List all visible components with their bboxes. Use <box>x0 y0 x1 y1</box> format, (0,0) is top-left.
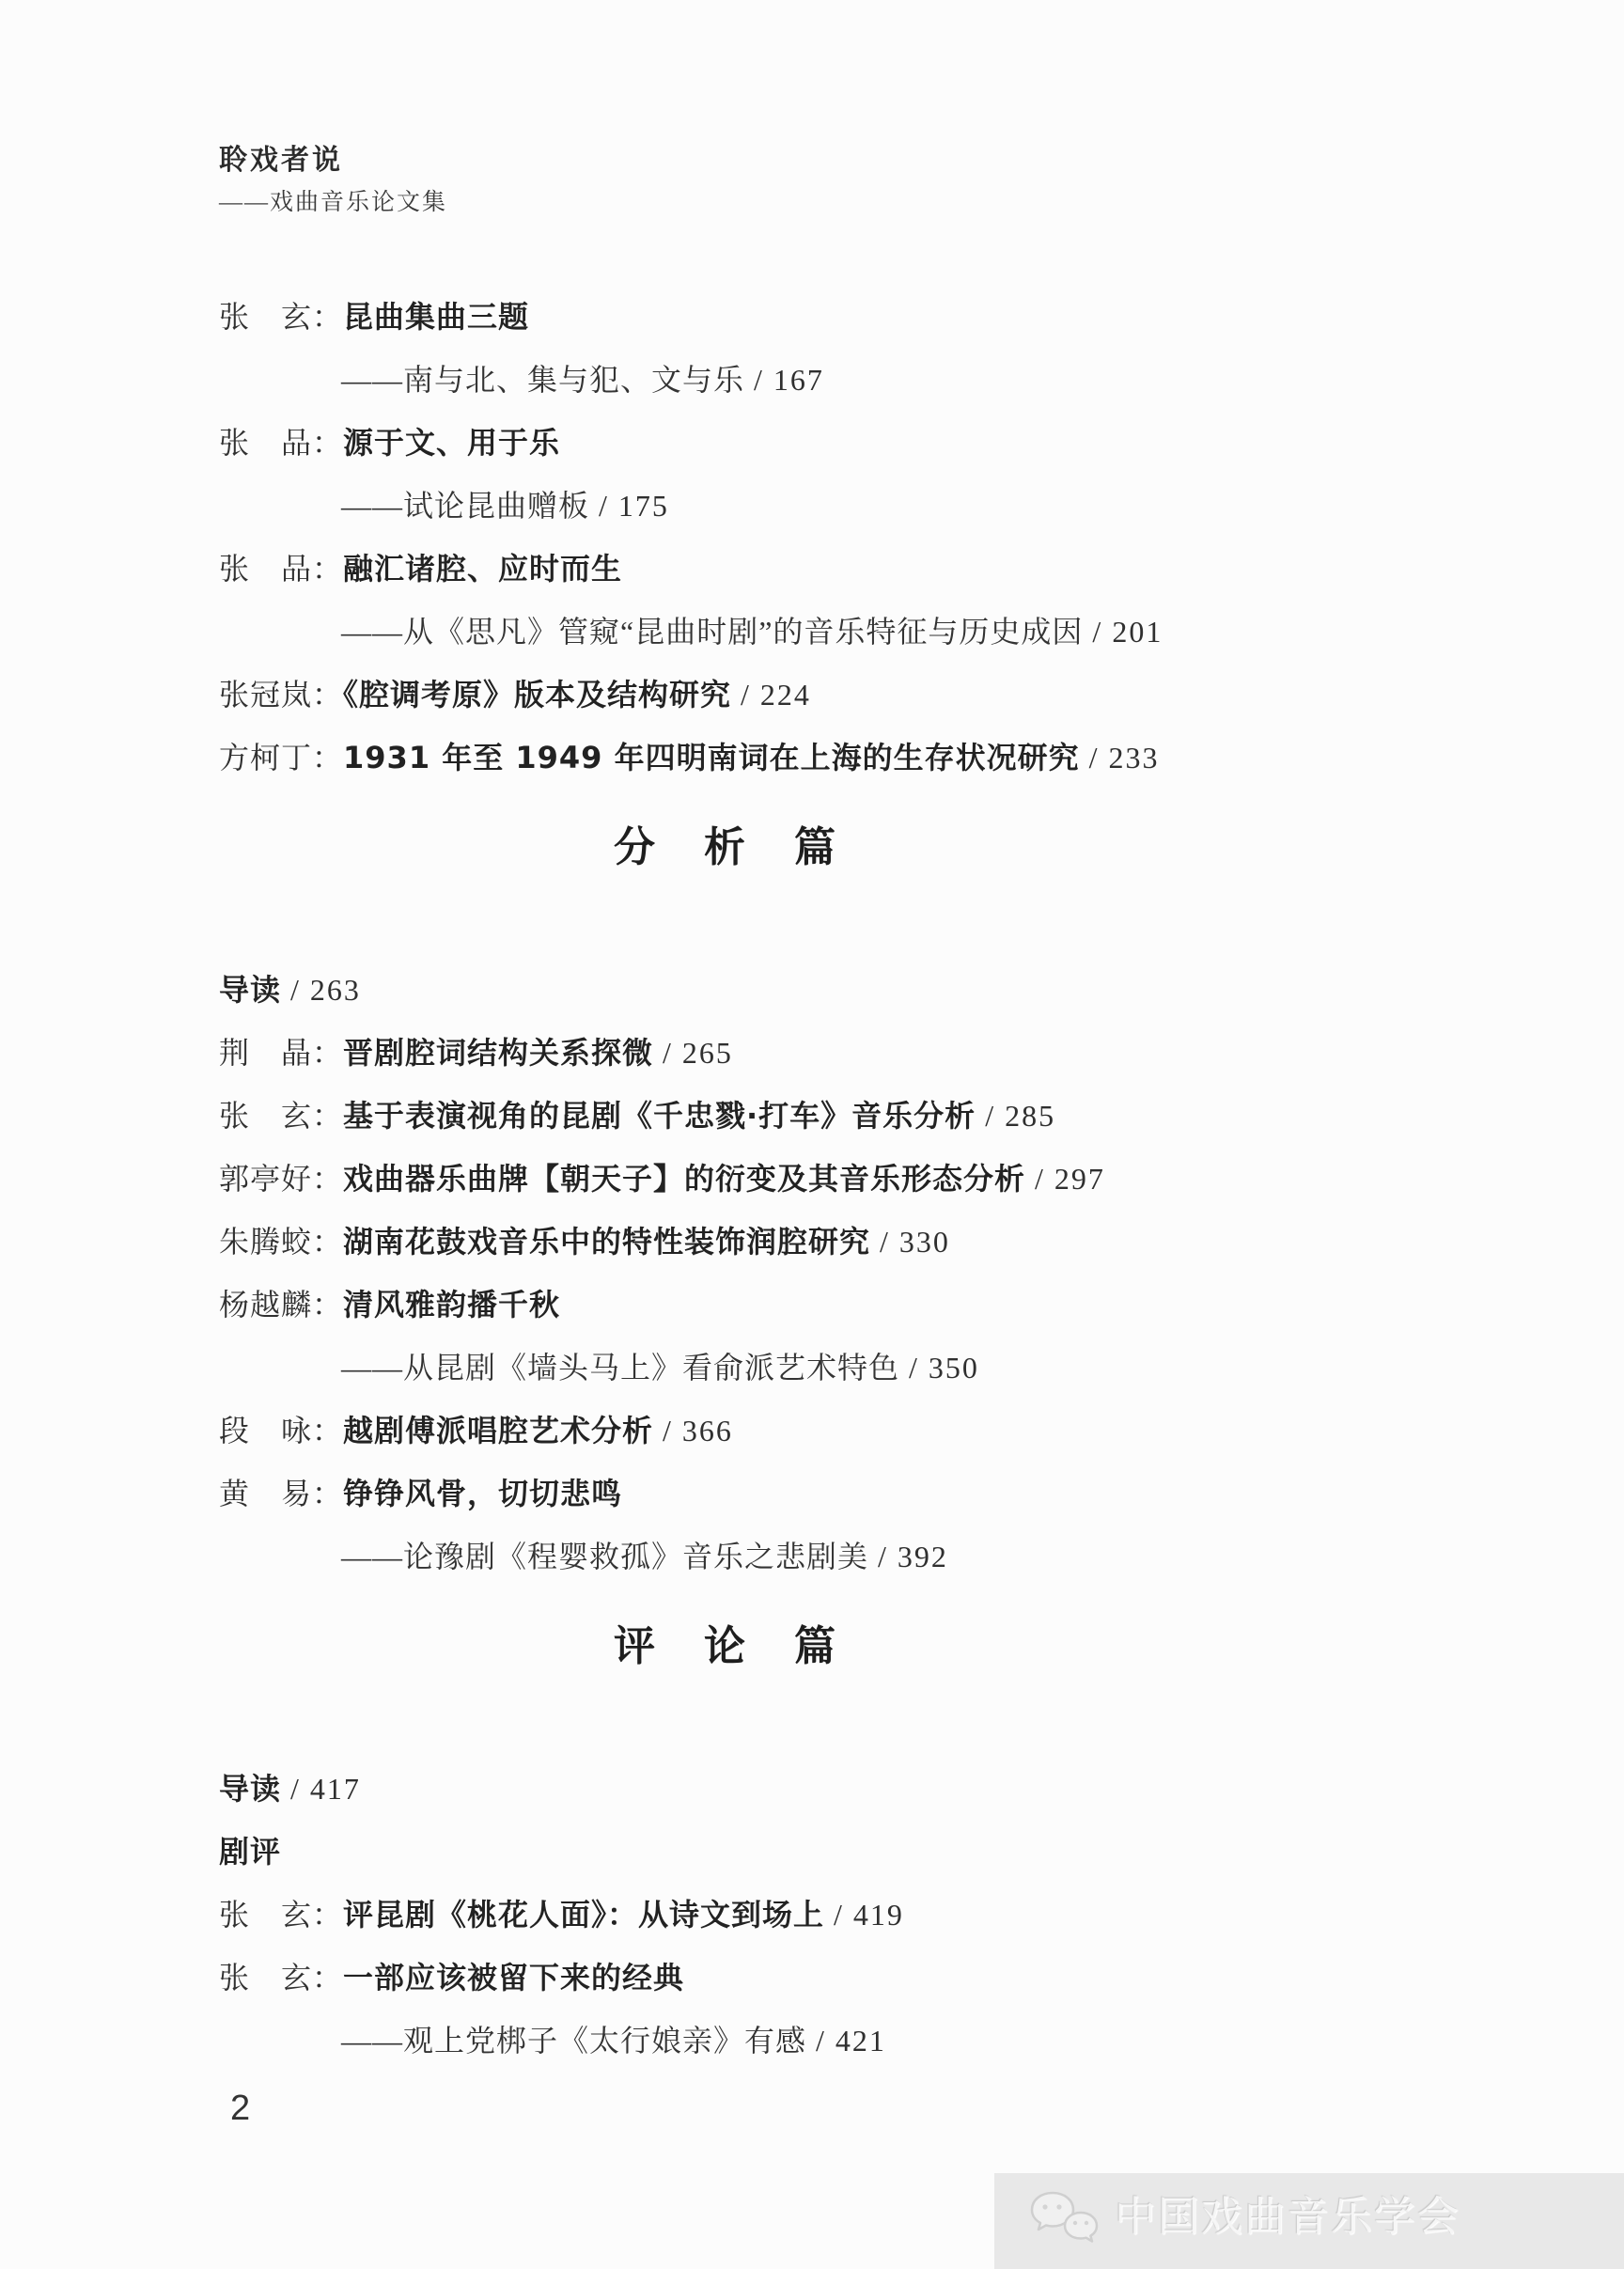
toc-entry: 张 品：融汇诸腔、应时而生——从《思凡》管窥“昆曲时剧”的音乐特征与历史成因 /… <box>219 538 1234 664</box>
book-title: 聆戏者说 <box>219 139 1234 182</box>
entry-subtitle: ——试论昆曲赠板 / 175 <box>219 475 1234 538</box>
entry-author: 方柯丁： <box>219 741 343 775</box>
toc-entry-main: 张 玄：昆曲集曲三题 <box>219 286 1234 349</box>
entry-author: 张 玄： <box>219 1898 343 1932</box>
watermark-bar: 中国戏曲音乐学会 <box>994 2173 1624 2269</box>
entry-label: 剧评 <box>219 1834 281 1870</box>
page-number: 2 <box>230 2089 250 2129</box>
toc-entry: 张 玄：昆曲集曲三题——南与北、集与犯、文与乐 / 167 <box>219 286 1234 412</box>
toc-entry: 张 品：源于文、用于乐——试论昆曲赠板 / 175 <box>219 412 1234 538</box>
entry-subtitle-text: ——南与北、集与犯、文与乐 <box>341 363 744 397</box>
toc-entry: 张 玄：评昆剧《桃花人面》：从诗文到场上 / 419 <box>219 1884 1234 1947</box>
entry-page: / 350 <box>899 1351 979 1385</box>
toc-entry: 黄 易：铮铮风骨，切切悲鸣——论豫剧《程婴救孤》音乐之悲剧美 / 392 <box>219 1463 1234 1588</box>
entry-author: 张 玄： <box>219 300 343 334</box>
entry-title: 越剧傅派唱腔艺术分析 <box>343 1413 653 1448</box>
entry-title: 戏曲器乐曲牌【朝天子】的衍变及其音乐形态分析 <box>343 1161 1025 1197</box>
entry-subtitle: ——从昆剧《墙头马上》看俞派艺术特色 / 350 <box>219 1337 1234 1400</box>
book-subtitle: ——戏曲音乐论文集 <box>219 182 1234 224</box>
toc-entry-main: 杨越麟：清风雅韵播千秋 <box>219 1274 1234 1337</box>
entry-author: 郭亭好： <box>219 1162 343 1196</box>
entry-subtitle-text: ——观上党梆子《太行娘亲》有感 <box>341 2024 806 2058</box>
entry-author: 段 咏： <box>219 1414 343 1447</box>
toc-entry: 导读 / 263 <box>219 959 1234 1022</box>
toc-entry-main: 方柯丁：1931 年至 1949 年四明南词在上海的生存状况研究 / 233 <box>219 727 1234 790</box>
toc-section: 张 玄：昆曲集曲三题——南与北、集与犯、文与乐 / 167张 品：源于文、用于乐… <box>219 286 1234 790</box>
entry-author: 张冠岚： <box>219 678 343 712</box>
toc-entry-main: 导读 / 417 <box>219 1758 1234 1821</box>
section-heading: 评 论 篇 <box>219 1619 1234 1675</box>
toc-entry-main: 张冠岚：《腔调考原》版本及结构研究 / 224 <box>219 664 1234 727</box>
entry-title: 1931 年至 1949 年四明南词在上海的生存状况研究 <box>343 740 1080 775</box>
entry-subtitle: ——南与北、集与犯、文与乐 / 167 <box>219 349 1234 412</box>
toc-entry: 杨越麟：清风雅韵播千秋——从昆剧《墙头马上》看俞派艺术特色 / 350 <box>219 1274 1234 1400</box>
toc-section: 分 析 篇导读 / 263荆 晶：晋剧腔词结构关系探微 / 265张 玄：基于表… <box>219 820 1234 1588</box>
entry-title: 昆曲集曲三题 <box>343 299 529 335</box>
toc-entry-main: 郭亭好：戏曲器乐曲牌【朝天子】的衍变及其音乐形态分析 / 297 <box>219 1148 1234 1211</box>
entry-author: 张 品： <box>219 552 343 586</box>
entry-author: 张 玄： <box>219 1961 343 1995</box>
toc-entry-main: 黄 易：铮铮风骨，切切悲鸣 <box>219 1463 1234 1526</box>
toc-entry: 张 玄：基于表演视角的昆剧《千忠戮·打车》音乐分析 / 285 <box>219 1085 1234 1148</box>
entry-page: / 417 <box>281 1772 361 1806</box>
entry-author: 黄 易： <box>219 1477 343 1510</box>
toc-entry: 荆 晶：晋剧腔词结构关系探微 / 265 <box>219 1022 1234 1085</box>
toc-entry: 方柯丁：1931 年至 1949 年四明南词在上海的生存状况研究 / 233 <box>219 727 1234 790</box>
entry-title: 《腔调考原》版本及结构研究 <box>343 677 731 712</box>
page-content: 聆戏者说 ——戏曲音乐论文集 张 玄：昆曲集曲三题——南与北、集与犯、文与乐 /… <box>219 139 1234 2073</box>
toc-entry-main: 张 玄：一部应该被留下来的经典 <box>219 1947 1234 2010</box>
entry-page: / 419 <box>824 1898 904 1932</box>
section-heading: 分 析 篇 <box>219 820 1234 876</box>
toc-entry: 导读 / 417 <box>219 1758 1234 1821</box>
toc-entry: 剧评 <box>219 1821 1234 1884</box>
entry-title: 湖南花鼓戏音乐中的特性装饰润腔研究 <box>343 1224 870 1260</box>
entry-page: / 224 <box>731 678 811 712</box>
toc-entry-main: 段 咏：越剧傅派唱腔艺术分析 / 366 <box>219 1400 1234 1463</box>
entry-title: 清风雅韵播千秋 <box>343 1287 560 1322</box>
entry-label: 导读 <box>219 1771 281 1807</box>
entry-title: 晋剧腔词结构关系探微 <box>343 1035 653 1071</box>
entry-label: 导读 <box>219 972 281 1008</box>
entry-author: 朱腾蛟： <box>219 1225 343 1259</box>
entry-author: 荆 晶： <box>219 1036 343 1070</box>
scanned-book-page: { "header": { "title": "聆戏者说", "subtitle… <box>0 0 1624 2269</box>
toc-entry-main: 张 玄：评昆剧《桃花人面》：从诗文到场上 / 419 <box>219 1884 1234 1947</box>
toc-entry: 张 玄：一部应该被留下来的经典——观上党梆子《太行娘亲》有感 / 421 <box>219 1947 1234 2073</box>
entry-page: / 175 <box>589 489 669 523</box>
toc-entry-main: 剧评 <box>219 1821 1234 1884</box>
toc-entry: 张冠岚：《腔调考原》版本及结构研究 / 224 <box>219 664 1234 727</box>
entry-page: / 167 <box>744 363 824 397</box>
entry-subtitle: ——从《思凡》管窥“昆曲时剧”的音乐特征与历史成因 / 201 <box>219 601 1234 664</box>
entry-page: / 297 <box>1025 1162 1105 1196</box>
entry-title: 评昆剧《桃花人面》：从诗文到场上 <box>343 1897 824 1933</box>
entry-page: / 285 <box>976 1099 1055 1133</box>
entry-title: 铮铮风骨，切切悲鸣 <box>343 1476 622 1511</box>
entry-page: / 201 <box>1083 615 1163 649</box>
entry-subtitle-text: ——从昆剧《墙头马上》看俞派艺术特色 <box>341 1351 899 1385</box>
entry-title: 融汇诸腔、应时而生 <box>343 551 622 587</box>
entry-subtitle-text: ——从《思凡》管窥“昆曲时剧”的音乐特征与历史成因 <box>341 615 1083 649</box>
toc-entry-main: 荆 晶：晋剧腔词结构关系探微 / 265 <box>219 1022 1234 1085</box>
entry-title: 源于文、用于乐 <box>343 425 560 461</box>
entry-page: / 263 <box>281 973 361 1007</box>
entry-subtitle: ——论豫剧《程婴救孤》音乐之悲剧美 / 392 <box>219 1526 1234 1588</box>
toc-entry-main: 朱腾蛟：湖南花鼓戏音乐中的特性装饰润腔研究 / 330 <box>219 1211 1234 1274</box>
toc-entry: 朱腾蛟：湖南花鼓戏音乐中的特性装饰润腔研究 / 330 <box>219 1211 1234 1274</box>
toc-entry: 段 咏：越剧傅派唱腔艺术分析 / 366 <box>219 1400 1234 1463</box>
entry-author: 张 玄： <box>219 1099 343 1133</box>
entry-page: / 392 <box>868 1540 948 1573</box>
entry-subtitle-text: ——论豫剧《程婴救孤》音乐之悲剧美 <box>341 1540 868 1573</box>
entry-page: / 366 <box>653 1414 733 1447</box>
entry-title: 一部应该被留下来的经典 <box>343 1960 684 1995</box>
toc-entry: 郭亭好：戏曲器乐曲牌【朝天子】的衍变及其音乐形态分析 / 297 <box>219 1148 1234 1211</box>
entry-subtitle: ——观上党梆子《太行娘亲》有感 / 421 <box>219 2010 1234 2073</box>
entry-page: / 233 <box>1080 741 1160 775</box>
wechat-icon <box>1028 2188 1101 2246</box>
entry-author: 杨越麟： <box>219 1288 343 1322</box>
toc-section: 评 论 篇导读 / 417剧评张 玄：评昆剧《桃花人面》：从诗文到场上 / 41… <box>219 1619 1234 2073</box>
toc-entry-main: 张 品：融汇诸腔、应时而生 <box>219 538 1234 601</box>
toc: 张 玄：昆曲集曲三题——南与北、集与犯、文与乐 / 167张 品：源于文、用于乐… <box>219 286 1234 2073</box>
watermark-text: 中国戏曲音乐学会 <box>1115 2183 1460 2243</box>
entry-subtitle-text: ——试论昆曲赠板 <box>341 489 589 523</box>
entry-page: / 421 <box>806 2024 886 2058</box>
toc-entry-main: 张 玄：基于表演视角的昆剧《千忠戮·打车》音乐分析 / 285 <box>219 1085 1234 1148</box>
entry-page: / 330 <box>870 1225 950 1259</box>
entry-author: 张 品： <box>219 426 343 460</box>
toc-entry-main: 张 品：源于文、用于乐 <box>219 412 1234 475</box>
toc-entry-main: 导读 / 263 <box>219 959 1234 1022</box>
entry-page: / 265 <box>653 1036 733 1070</box>
entry-title: 基于表演视角的昆剧《千忠戮·打车》音乐分析 <box>343 1098 976 1134</box>
